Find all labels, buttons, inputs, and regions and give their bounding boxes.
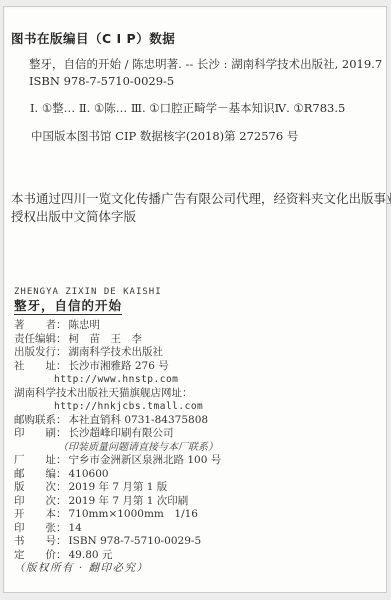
colophon-row-pair: 出版发行：湖南科学技术出版社: [14, 346, 221, 360]
colophon-label: 印张: [14, 522, 56, 536]
colophon-row-pair: 印张：14: [14, 522, 221, 536]
colophon-label: 社址: [14, 360, 56, 374]
colophon-row-pair: 社址：长沙市湘雅路 276 号: [14, 360, 221, 374]
colophon-value: 柯 苗 王 李: [69, 333, 143, 345]
colophon-row-note: （印装质量问题请直接与本厂联系）: [14, 441, 221, 455]
title-pinyin: ZHENGYA ZIXIN DE KAISHI: [14, 286, 221, 298]
colophon-value: 2019 年 7 月第 1 版: [69, 481, 168, 493]
colophon-row-pair: 厂址：宁乡市金洲新区泉洲北路 100 号: [14, 454, 221, 468]
colophon-label: 书号: [14, 535, 56, 549]
cip-entry-line1: 整牙，自信的开始 / 陈忠明著. -- 长沙 : 湖南科学技术出版社, 2019…: [29, 56, 382, 73]
colophon-value: 湖南科学技术出版社: [69, 346, 164, 358]
colophon-row-copyright: （版权所有 · 翻印必究）: [14, 562, 221, 576]
colophon-row-indent: http://www.hnstp.com: [14, 373, 221, 387]
colophon-row-pair: 书号：ISBN 978-7-5710-0029-5: [14, 535, 221, 549]
colophon-value: 410600: [69, 468, 109, 480]
colophon-label: 印次: [14, 495, 56, 509]
cip-record-number: 中国版本图书馆 CIP 数据核字(2018)第 272576 号: [31, 128, 298, 144]
colophon-label: 出版发行: [14, 346, 56, 360]
colophon-label: 厂址: [14, 454, 56, 468]
colophon-value: 2019 年 7 月第 1 次印刷: [69, 495, 189, 507]
colophon-row-pair: 邮编：410600: [14, 468, 221, 482]
colophon-row-pair: 责任编辑：柯 苗 王 李: [14, 333, 221, 347]
colophon-value: 710mm×1000mm 1/16: [69, 508, 198, 520]
colophon-row-indent: http://hnkjcbs.tmall.com: [14, 400, 221, 414]
cip-entry-line2: ISBN 978-7-5710-0029-5: [29, 73, 382, 90]
colophon-label: 版次: [14, 481, 56, 495]
colophon-label: 定价: [14, 549, 56, 563]
colophon-row-pair: 定价：49.80 元: [14, 549, 221, 563]
book-title: 整牙，自信的开始: [14, 299, 122, 315]
colophon-value: 陈忠明: [69, 319, 101, 331]
colophon-row-pair: 版次：2019 年 7 月第 1 版: [14, 481, 221, 495]
colophon-label: 邮编: [14, 468, 56, 482]
license-notice: 本书通过四川一览文化传播广告有限公司代理，经资料夹文化出版事业有限公司 授权出版…: [11, 190, 391, 225]
book-page: 图书在版编目（C I P）数据 整牙，自信的开始 / 陈忠明著. -- 长沙 :…: [3, 6, 387, 593]
colophon-row-pair: 著者：陈忠明: [14, 319, 221, 333]
colophon-value: 长沙超峰印刷有限公司: [69, 427, 174, 439]
colophon-row-pair: 开本：710mm×1000mm 1/16: [14, 508, 221, 522]
scanned-copyright-page: { "page": { "background": "#ededeb", "pa…: [0, 0, 391, 600]
colophon-value: 14: [69, 522, 82, 534]
colophon-label: 开本: [14, 508, 56, 522]
colophon-label: 印刷: [14, 427, 56, 441]
colophon-label: 邮购联系: [14, 414, 56, 428]
cip-classification: Ⅰ. ①整… Ⅱ. ①陈… Ⅲ. ①口腔正畸学－基本知识Ⅳ. ①R783.5: [30, 100, 345, 116]
cip-entry: 整牙，自信的开始 / 陈忠明著. -- 长沙 : 湖南科学技术出版社, 2019…: [29, 56, 382, 90]
colophon-label: 著者: [14, 319, 56, 333]
colophon-value: 49.80 元: [69, 549, 113, 561]
colophon-value: 本社直销科 0731-84375808: [69, 414, 209, 426]
colophon-row-pair: 印刷：长沙超峰印刷有限公司: [14, 427, 221, 441]
colophon-value: ISBN 978-7-5710-0029-5: [69, 535, 202, 547]
colophon: ZHENGYA ZIXIN DE KAISHI 整牙，自信的开始 著者：陈忠明责…: [14, 286, 221, 576]
license-notice-line2: 授权出版中文简体字版: [11, 208, 391, 226]
colophon-value: 宁乡市金洲新区泉洲北路 100 号: [69, 454, 222, 466]
cip-header: 图书在版编目（C I P）数据: [11, 29, 175, 47]
colophon-label: 责任编辑: [14, 333, 56, 347]
colophon-rows: 著者：陈忠明责任编辑：柯 苗 王 李出版发行：湖南科学技术出版社社址：长沙市湘雅…: [14, 319, 221, 576]
colophon-row-pair: 印次：2019 年 7 月第 1 次印刷: [14, 495, 221, 509]
colophon-row-plain: 湖南科学技术出版社天猫旗舰店网址：: [14, 387, 221, 401]
license-notice-line1: 本书通过四川一览文化传播广告有限公司代理，经资料夹文化出版事业有限公司: [11, 190, 391, 208]
colophon-value: 长沙市湘雅路 276 号: [69, 360, 169, 372]
colophon-row-pair: 邮购联系：本社直销科 0731-84375808: [14, 414, 221, 428]
